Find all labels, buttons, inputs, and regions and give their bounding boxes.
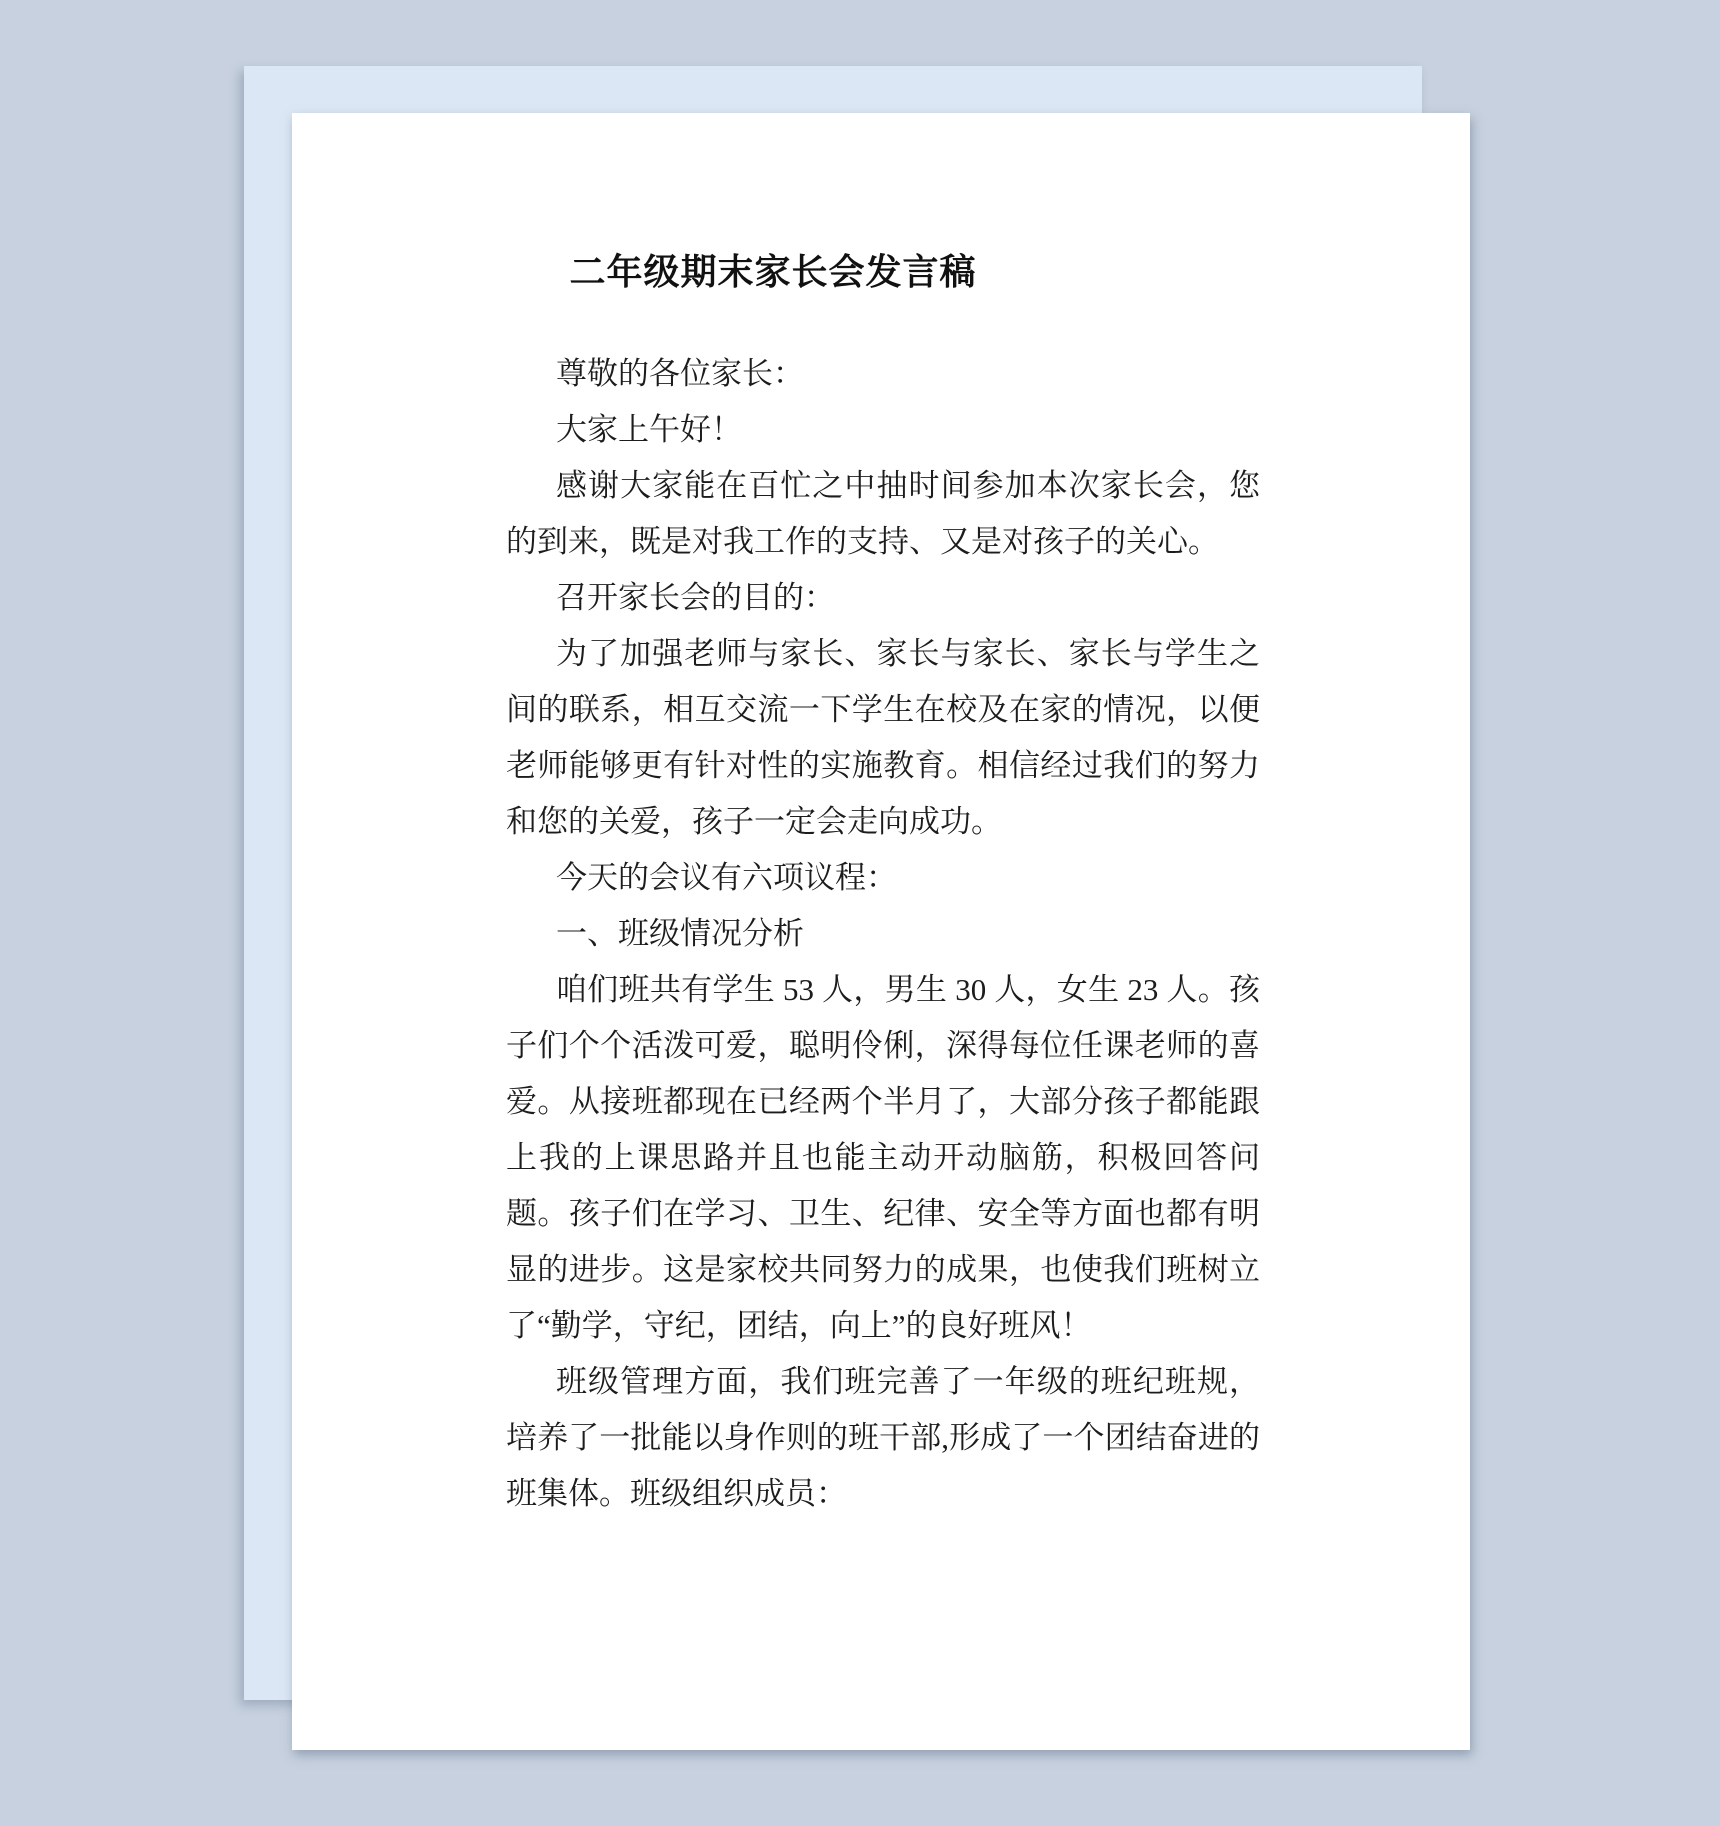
paragraph: 感谢大家能在百忙之中抽时间参加本次家长会，您的到来，既是对我工作的支持、又是对孩… xyxy=(506,458,1260,570)
document-body: 尊敬的各位家长：大家上午好！感谢大家能在百忙之中抽时间参加本次家长会，您的到来，… xyxy=(506,346,1260,1522)
paragraph: 为了加强老师与家长、家长与家长、家长与学生之间的联系，相互交流一下学生在校及在家… xyxy=(506,626,1260,850)
paragraph: 大家上午好！ xyxy=(506,402,1260,458)
paragraph: 尊敬的各位家长： xyxy=(506,346,1260,402)
paragraph: 咱们班共有学生 53 人，男生 30 人，女生 23 人。孩子们个个活泼可爱，聪… xyxy=(506,962,1260,1354)
paragraph: 班级管理方面，我们班完善了一年级的班纪班规，培养了一批能以身作则的班干部,形成了… xyxy=(506,1354,1260,1522)
paragraph: 召开家长会的目的： xyxy=(506,570,1260,626)
paragraph: 今天的会议有六项议程： xyxy=(506,850,1260,906)
document-page: 二年级期末家长会发言稿 尊敬的各位家长：大家上午好！感谢大家能在百忙之中抽时间参… xyxy=(292,113,1470,1750)
paragraph: 一、班级情况分析 xyxy=(506,906,1260,962)
document-title: 二年级期末家长会发言稿 xyxy=(292,251,1254,294)
